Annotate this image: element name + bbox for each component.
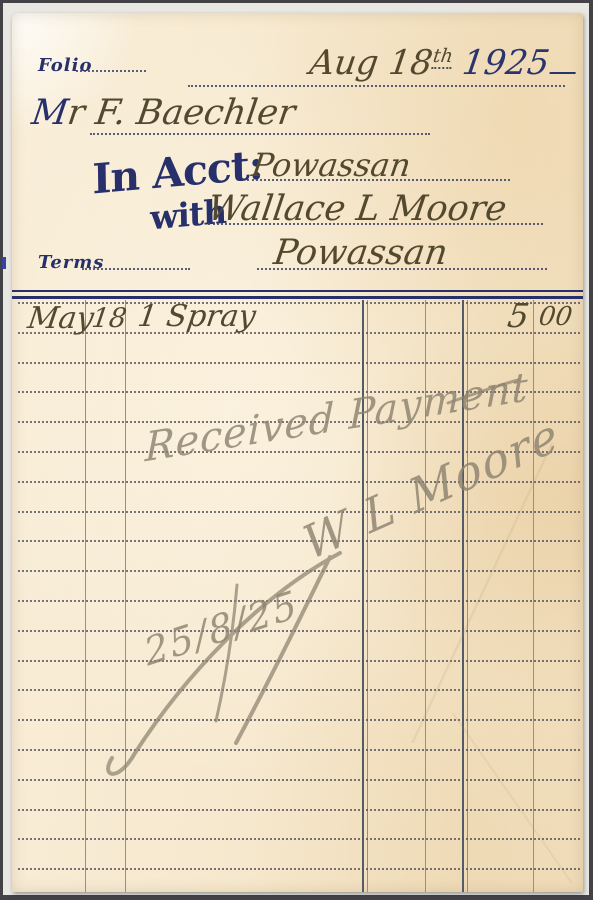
ledger-rule-line: [18, 749, 580, 751]
header-rule-top: [12, 290, 583, 292]
customer-initial: M: [29, 93, 70, 133]
ledger-rule-line: [18, 719, 580, 721]
handwritten-place-bottom: Powassan: [271, 233, 450, 273]
ledger-rule-line: [18, 540, 580, 542]
entry-month: May: [26, 301, 96, 336]
entry-day: 18: [90, 303, 129, 334]
ledger-rule-line: [18, 630, 580, 632]
ledger-rule-line: [18, 570, 580, 572]
folio-label: Folio: [38, 55, 92, 76]
handwritten-date: Aug 18th 1925: [307, 43, 580, 83]
place-top-line: [247, 179, 510, 181]
header-rule-bottom: [12, 296, 583, 299]
account-name-line: [208, 223, 543, 225]
edge-ink-mark: [2, 257, 6, 269]
ledger-rule-line: [18, 689, 580, 691]
entry-dollars: 5: [505, 296, 531, 335]
terms-line: [82, 268, 190, 270]
date-underline-flourish: [550, 72, 576, 74]
handwritten-customer-name: Mr F. Baechler: [29, 93, 297, 133]
customer-rest: r F. Baechler: [65, 93, 298, 133]
date-year: 1925: [460, 43, 552, 83]
place-bottom-line: [257, 268, 547, 270]
ledger-rule-line: [18, 511, 580, 513]
scanned-receipt: Folio Aug 18th 1925 Mr F. Baechler In Ac…: [0, 0, 593, 900]
ledger-rule-line: [18, 660, 580, 662]
date-ordinal: th: [431, 46, 454, 69]
ledger-column-line: [533, 300, 534, 892]
ledger-rule-line: [18, 362, 580, 364]
flourish-sweep: [108, 553, 340, 774]
ledger-rule-line: [18, 868, 580, 870]
ledger-column-line: [362, 300, 364, 892]
entry-description: 1 Spray: [136, 299, 258, 334]
ledger-rule-line: [18, 779, 580, 781]
date-day-part: Aug 18: [307, 43, 435, 83]
receipt-paper: Folio Aug 18th 1925 Mr F. Baechler In Ac…: [12, 13, 583, 892]
ledger-rule-line: [18, 809, 580, 811]
date-line: [188, 85, 565, 87]
ledger-rule-line: [18, 838, 580, 840]
ledger-column-line: [85, 300, 86, 892]
customer-line: [90, 133, 430, 135]
ledger-column-line: [125, 300, 126, 892]
ledger-rule-line: [18, 600, 580, 602]
folio-line: [76, 70, 146, 72]
entry-cents: 00: [537, 302, 574, 332]
